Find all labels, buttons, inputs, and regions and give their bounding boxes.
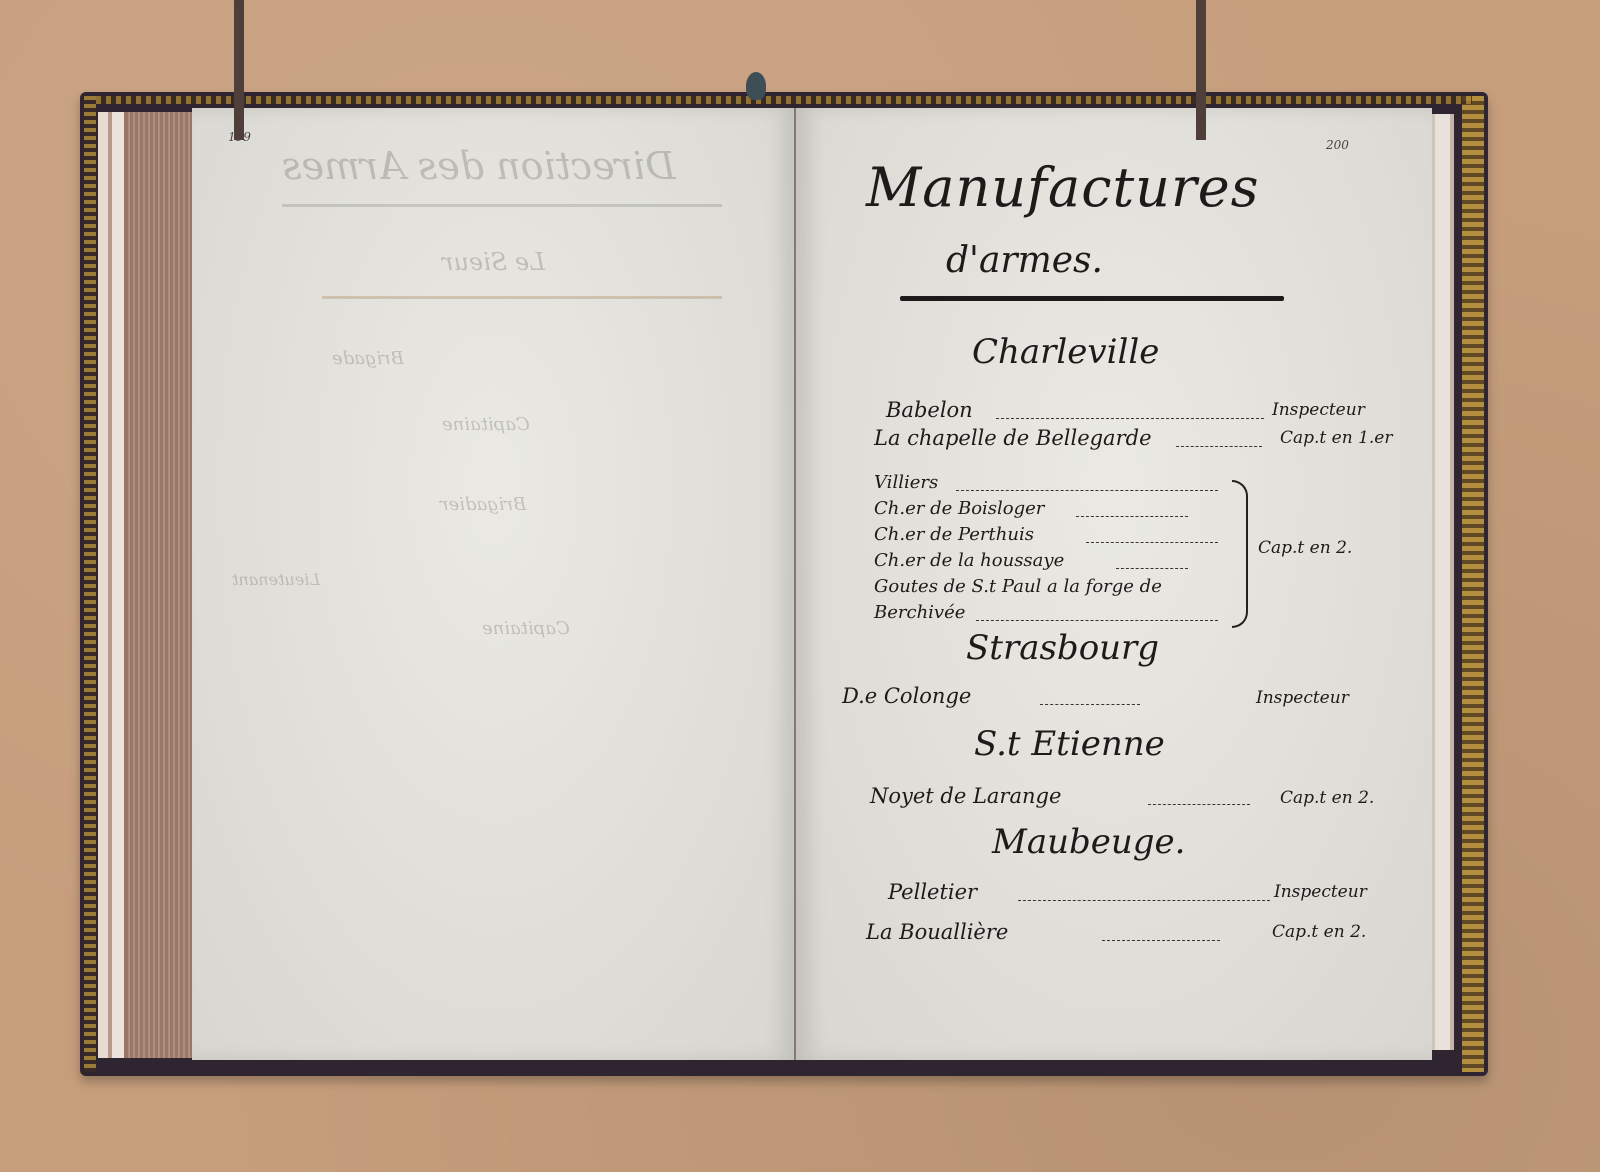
- entry-name: La chapelle de Bellegarde: [874, 426, 1152, 450]
- gilt-border-right: [1462, 96, 1484, 1072]
- city-heading-st-etienne: S.t Etienne: [974, 724, 1165, 764]
- entry-role: Inspecteur: [1274, 882, 1367, 902]
- spine-tie: [746, 72, 766, 100]
- entry-role: Inspecteur: [1256, 688, 1349, 708]
- dotted-leader: [1176, 446, 1262, 447]
- gilt-border-top: [96, 96, 1472, 104]
- entry-name: D.e Colonge: [842, 684, 971, 708]
- entry-name: Ch.er de la houssaye: [874, 550, 1064, 571]
- bleed-through-line: Lieutenant: [232, 570, 320, 589]
- bleed-through-rule: [322, 296, 722, 299]
- bleed-through-line: Brigadier: [440, 494, 526, 515]
- entry-name: La Bouallière: [866, 920, 1008, 944]
- entry-role: Cap.t en 2.: [1272, 922, 1366, 942]
- entry-role: Cap.t en 1.er: [1280, 428, 1392, 448]
- bleed-through-heading: Direction des Armes: [282, 144, 675, 188]
- page-subtitle: d'armes.: [946, 240, 1103, 281]
- entry-name: Villiers: [874, 472, 938, 493]
- dotted-leader: [1148, 804, 1250, 805]
- entry-name: Ch.er de Boisloger: [874, 498, 1044, 519]
- entry-role: Cap.t en 2.: [1280, 788, 1374, 808]
- entry-name: Ch.er de Perthuis: [874, 524, 1034, 545]
- dotted-leader: [1018, 900, 1270, 901]
- entry-name: Goutes de S.t Paul a la forge de: [874, 576, 1162, 597]
- city-heading-charleville: Charleville: [972, 332, 1159, 372]
- grouping-brace: [1232, 480, 1248, 628]
- gilt-border-left: [84, 96, 96, 1072]
- page-edges-left: [98, 112, 194, 1058]
- title-underline: [900, 296, 1284, 301]
- entry-name: Pelletier: [888, 880, 977, 904]
- bookmark-ribbon: [234, 0, 244, 140]
- entry-name: Babelon: [886, 398, 973, 422]
- dotted-leader: [956, 490, 1218, 491]
- bleed-through-rule: [282, 204, 722, 207]
- left-page: 199 Direction des Armes Le Sieur Brigade…: [192, 108, 796, 1060]
- dotted-leader: [976, 620, 1218, 621]
- dotted-leader: [996, 418, 1264, 419]
- city-heading-strasbourg: Strasbourg: [966, 628, 1159, 668]
- page-title: Manufactures: [866, 156, 1259, 219]
- entry-role: Inspecteur: [1272, 400, 1365, 420]
- dotted-leader: [1102, 940, 1220, 941]
- bleed-through-line: Le Sieur: [442, 248, 545, 276]
- dotted-leader: [1076, 516, 1188, 517]
- bleed-through-line: Capitaine: [482, 618, 570, 639]
- bleed-through-line: Capitaine: [442, 414, 530, 435]
- page-edges-right: [1432, 114, 1454, 1050]
- entry-name: Berchivée: [874, 602, 965, 623]
- dotted-leader: [1040, 704, 1140, 705]
- page-number-right: 200: [1326, 138, 1349, 152]
- open-book: 199 Direction des Armes Le Sieur Brigade…: [80, 92, 1488, 1076]
- group-role: Cap.t en 2.: [1258, 538, 1352, 558]
- dotted-leader: [1116, 568, 1188, 569]
- entry-name: Noyet de Larange: [870, 784, 1061, 808]
- right-page: 200 Manufactures d'armes. Charleville Ba…: [796, 108, 1432, 1060]
- dotted-leader: [1086, 542, 1218, 543]
- bookmark-ribbon: [1196, 0, 1206, 140]
- city-heading-maubeuge: Maubeuge.: [992, 822, 1185, 862]
- bleed-through-line: Brigade: [332, 348, 404, 369]
